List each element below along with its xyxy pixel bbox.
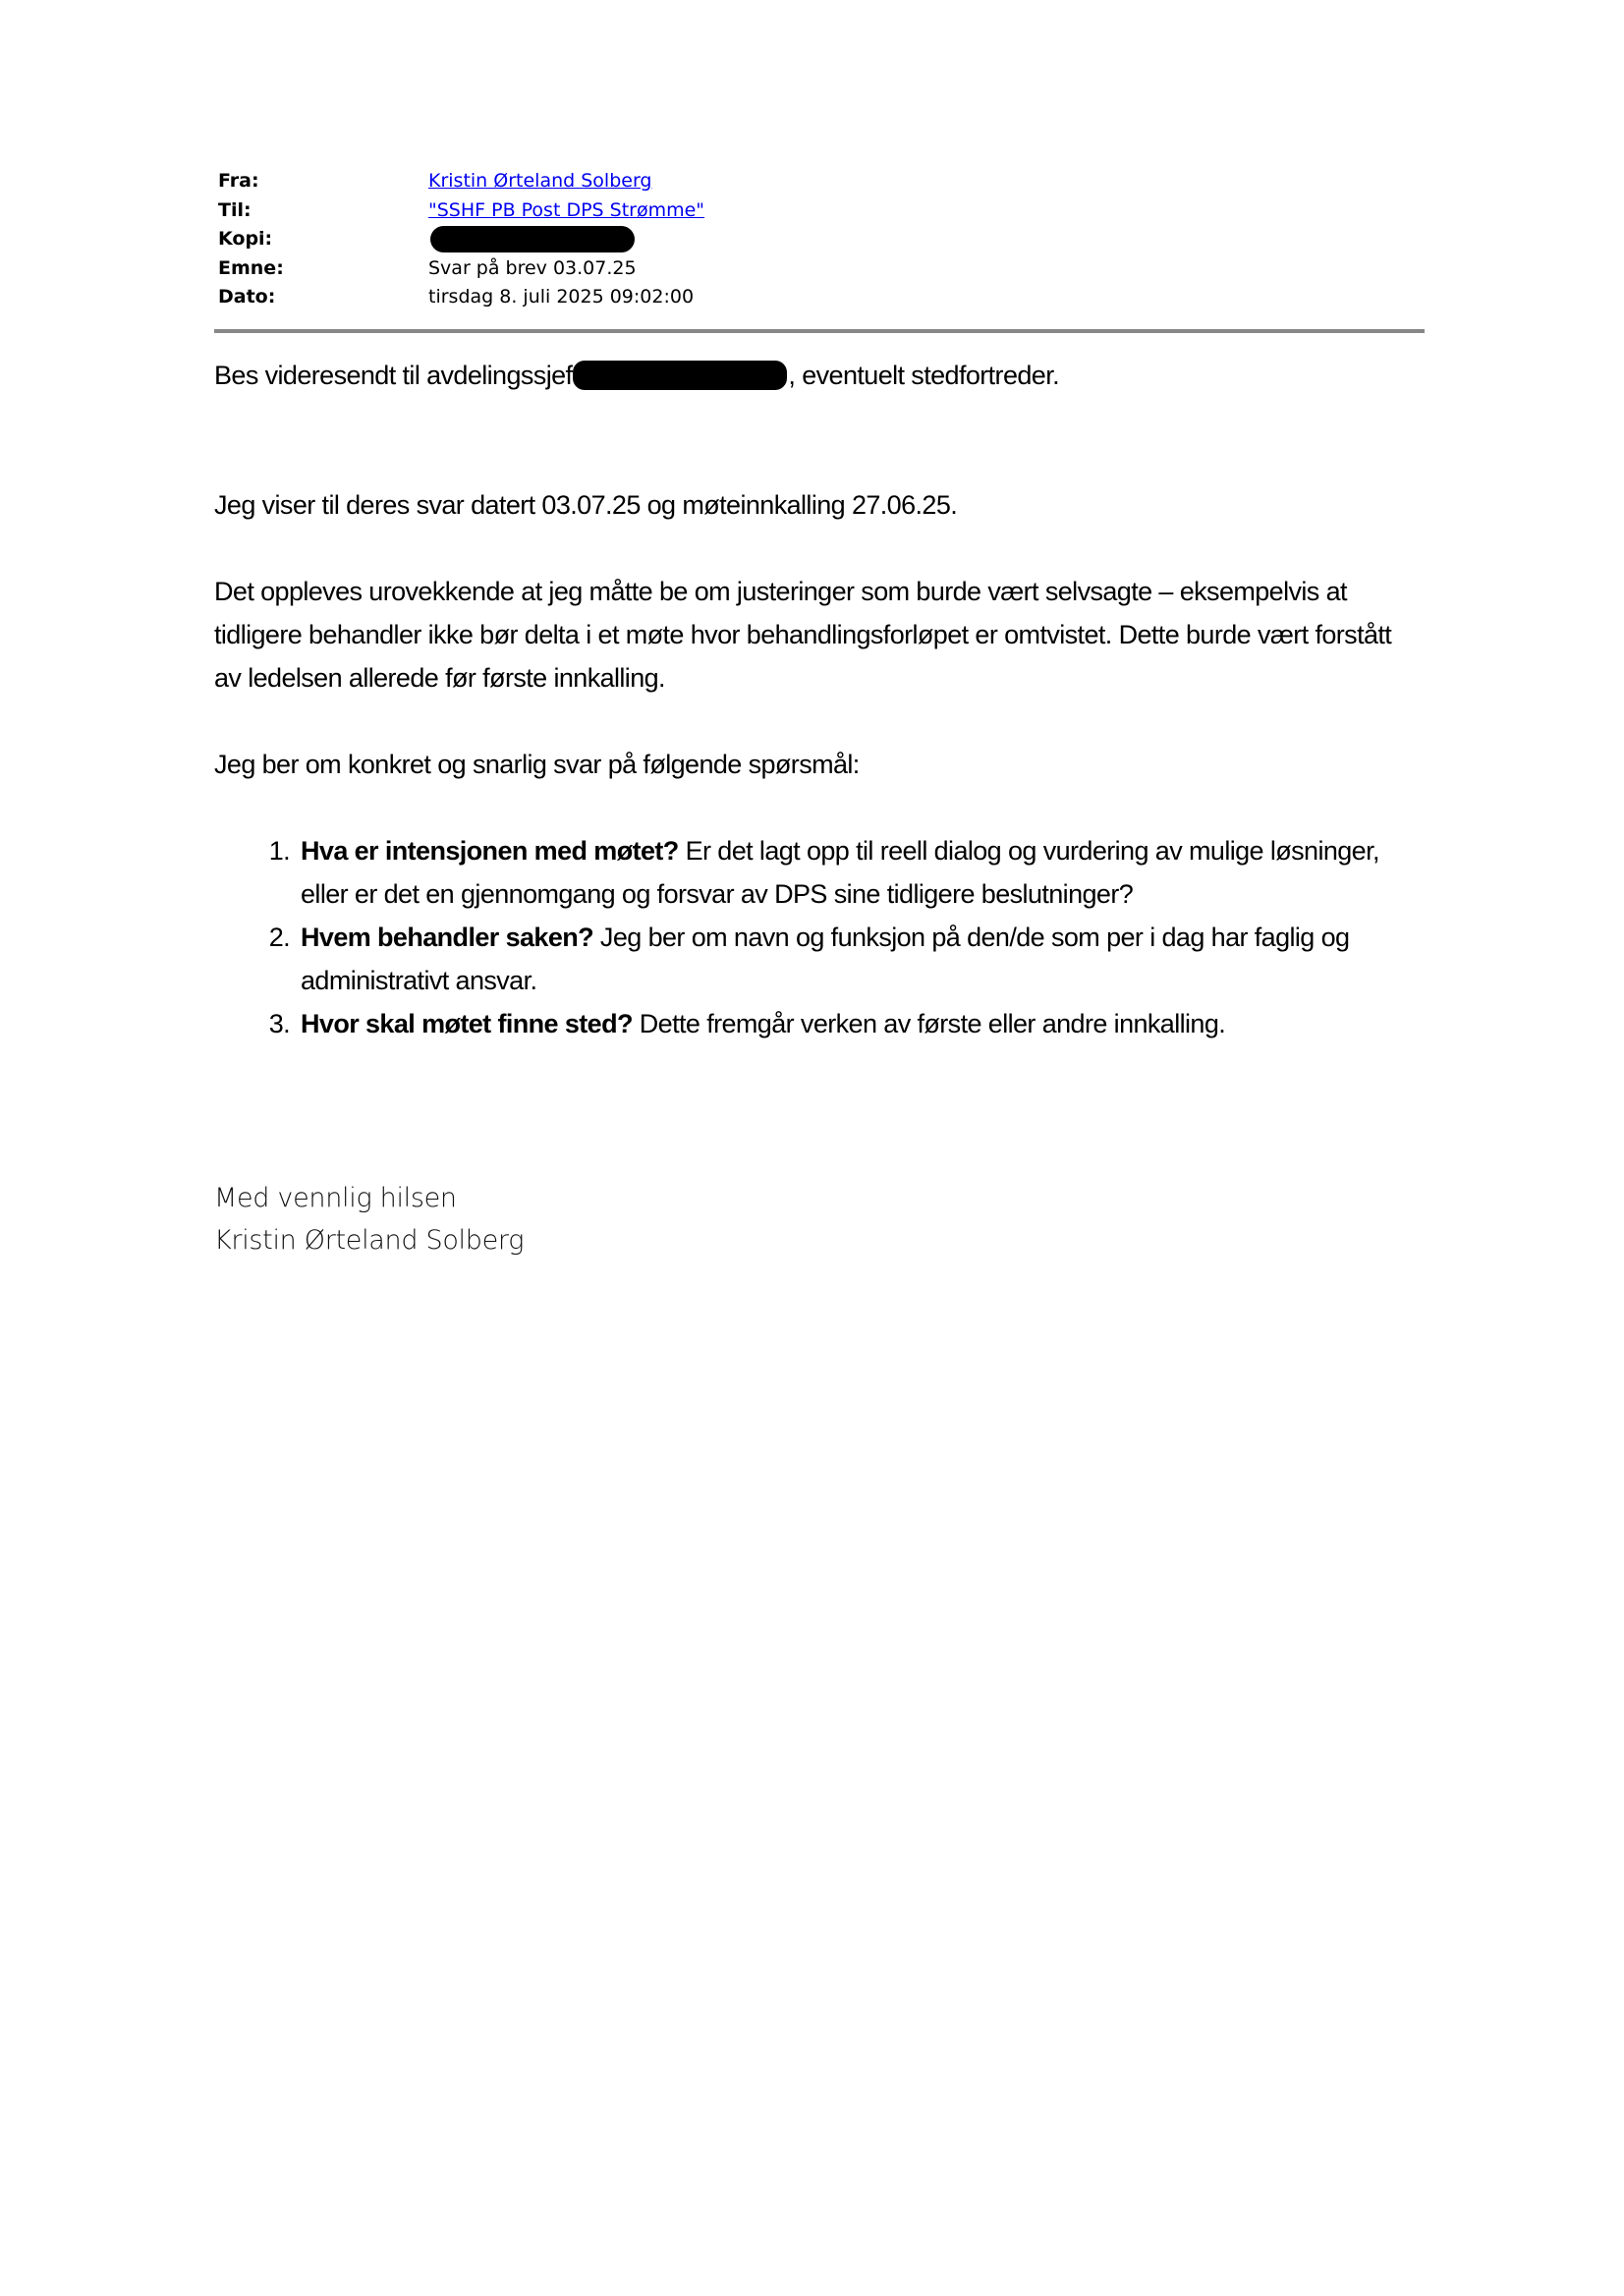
subject-label: Emne: <box>214 254 428 284</box>
question-heading: Hvem behandler saken? <box>301 923 593 952</box>
from-link[interactable]: Kristin Ørteland Solberg <box>428 170 651 192</box>
question-list: Hva er intensjonen med møtet? Er det lag… <box>214 829 1432 1045</box>
from-label: Fra: <box>214 167 428 196</box>
header-from: Fra: Kristin Ørteland Solberg <box>214 167 1425 196</box>
question-heading: Hva er intensjonen med møtet? <box>301 836 679 866</box>
cc-label: Kopi: <box>214 225 428 254</box>
header-cc: Kopi: <box>214 225 1425 254</box>
paragraph-reference: Jeg viser til deres svar datert 03.07.25… <box>214 483 1432 527</box>
email-body: Bes videresendt til avdelingssjef, event… <box>214 354 1432 1045</box>
forward-text-before: Bes videresendt til avdelingssjef <box>214 361 572 390</box>
question-item: Hvor skal møtet finne sted? Dette fremgå… <box>297 1002 1432 1045</box>
paragraph-concern: Det oppleves urovekkende at jeg måtte be… <box>214 570 1408 700</box>
forward-text-after: , eventuelt stedfortreder. <box>788 361 1059 390</box>
signature-block: Med vennlig hilsen Kristin Ørteland Solb… <box>214 1177 524 1261</box>
paragraph-request: Jeg ber om konkret og snarlig svar på fø… <box>214 743 1432 786</box>
header-divider <box>214 329 1425 333</box>
to-link[interactable]: "SSHF PB Post DPS Strømme" <box>428 199 704 221</box>
question-item: Hva er intensjonen med møtet? Er det lag… <box>297 829 1432 916</box>
question-text: Dette fremgår verken av første eller and… <box>633 1009 1225 1038</box>
signature-closing: Med vennlig hilsen <box>214 1177 524 1219</box>
date-value: tirsdag 8. juli 2025 09:02:00 <box>428 283 1425 312</box>
email-printout: Fra: Kristin Ørteland Solberg Til: "SSHF… <box>214 167 1425 312</box>
subject-value: Svar på brev 03.07.25 <box>428 254 1425 284</box>
forward-request: Bes videresendt til avdelingssjef, event… <box>214 354 1432 397</box>
name-redaction <box>573 361 787 390</box>
email-header: Fra: Kristin Ørteland Solberg Til: "SSHF… <box>214 167 1425 312</box>
header-date: Dato: tirsdag 8. juli 2025 09:02:00 <box>214 283 1425 312</box>
question-heading: Hvor skal møtet finne sted? <box>301 1009 633 1038</box>
date-label: Dato: <box>214 283 428 312</box>
signature-name: Kristin Ørteland Solberg <box>214 1219 524 1261</box>
cc-redaction <box>430 226 635 252</box>
header-to: Til: "SSHF PB Post DPS Strømme" <box>214 196 1425 226</box>
to-label: Til: <box>214 196 428 226</box>
question-item: Hvem behandler saken? Jeg ber om navn og… <box>297 916 1432 1002</box>
header-subject: Emne: Svar på brev 03.07.25 <box>214 254 1425 284</box>
